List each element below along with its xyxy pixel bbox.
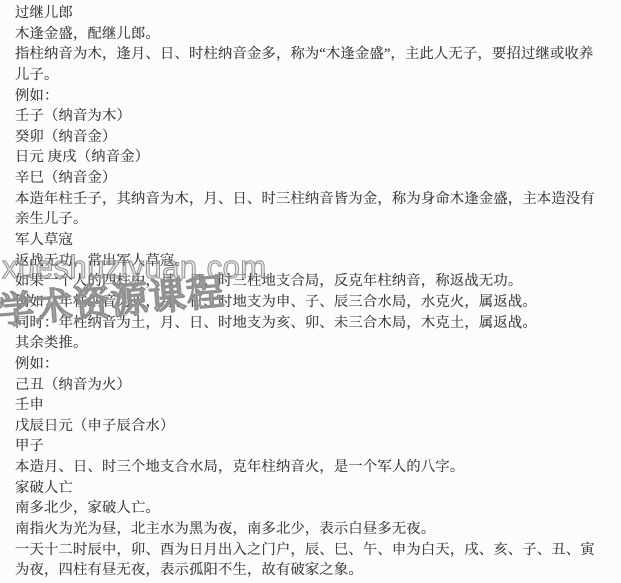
text-line: 南多北少，家破人亡。: [15, 498, 613, 519]
text-line: 亲生儿子。: [15, 209, 613, 230]
heading-junren-caokou: 军人草寇: [15, 230, 613, 251]
text-line: 其余类推。: [15, 333, 613, 354]
text-line: 例如：年柱纳音为火，月、日、时地支为申、子、辰三合水局，水克火，属返战。: [15, 292, 613, 313]
text-line: 癸卯（纳音金）: [15, 127, 613, 148]
text-line: 壬子（纳音为木）: [15, 106, 613, 127]
text-line: 例如：: [15, 86, 613, 107]
document-page: 过继儿郎 木逢金盛，配继儿郎。 指柱纳音为木，逢月、日、时柱纳音金多，称为“木逢…: [0, 0, 621, 583]
text-line: 己丑（纳音为火）: [15, 375, 613, 396]
text-line: 指柱纳音为木，逢月、日、时柱纳音金多，称为“木逢金盛”，主此人无子，要招过继或收…: [15, 44, 613, 65]
heading-jiapo-renwang: 家破人亡: [15, 478, 613, 499]
text-line: 辛巳（纳音金）: [15, 168, 613, 189]
text-line: 如果一个人的四柱中，月、日、时三柱地支合局，反克年柱纳音，称返战无功。: [15, 271, 613, 292]
text-line: 本造年柱壬子，其纳音为木，月、日、时三柱纳音皆为金，称为身命木逢金盛，主本造没有: [15, 189, 613, 210]
text-line: 甲子: [15, 436, 613, 457]
text-line: 返战无功，常出军人草寇。: [15, 251, 613, 272]
text-line: 戊辰日元（申子辰合水）: [15, 416, 613, 437]
document-text: 过继儿郎 木逢金盛，配继儿郎。 指柱纳音为木，逢月、日、时柱纳音金多，称为“木逢…: [15, 3, 613, 581]
text-line: 日元 庚戌（纳音金）: [15, 147, 613, 168]
text-line: 同时：年柱纳音为土，月、日、时地支为亥、卯、未三合木局，木克土，属返战。: [15, 313, 613, 334]
text-line: 本造月、日、时三个地支合水局，克年柱纳音火，是一个军人的八字。: [15, 457, 613, 478]
text-line: 一天十二时辰中，卯、酉为日月出入之门户，辰、巳、午、申为白天，戌、亥、子、丑、寅: [15, 540, 613, 561]
text-line: 南指火为光为昼，北主水为黑为夜，南多北少，表示白昼多无夜。: [15, 519, 613, 540]
text-line: 例如：: [15, 354, 613, 375]
heading-guoji-erlang: 过继儿郎: [15, 3, 613, 24]
text-line: 壬申: [15, 395, 613, 416]
text-line: 儿子。: [15, 65, 613, 86]
text-line: 木逢金盛，配继儿郎。: [15, 24, 613, 45]
text-line: 为夜，四柱有昼无夜，表示孤阳不生，故有破家之象。: [15, 560, 613, 581]
